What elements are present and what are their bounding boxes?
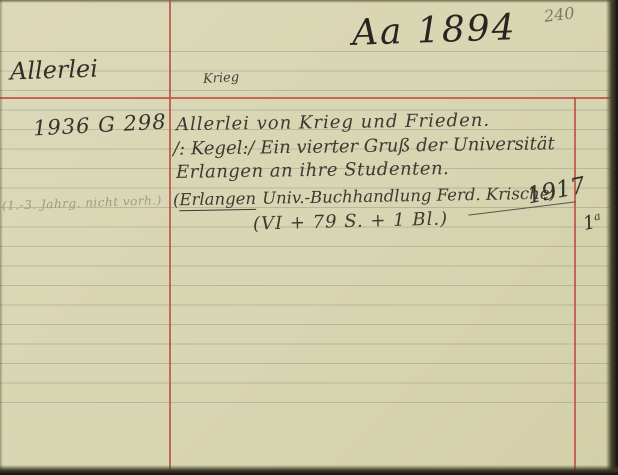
catchword-heading: Allerlei [10,54,99,85]
classmark-heading: Aa 1894 [351,7,517,54]
subject-note: Krieg [203,70,240,87]
imprint-place: Erlangen [179,189,256,211]
red-vertical-rule-right [574,97,576,475]
scan-edge-bottom [0,465,618,475]
scan-edge-top [0,0,618,3]
page-number-pencil: 240 [543,3,576,26]
scan-edge-right [606,0,618,475]
scan-edge-left [0,0,3,475]
entry-title-line-3: Erlangen an ihre Studenten. [176,158,450,183]
catalog-card-scan: Aa 1894 240 Allerlei Krieg 1936 G 298 (1… [0,0,618,475]
red-vertical-rule-left [169,0,171,475]
red-horizontal-rule [0,97,613,99]
entry-title-line-1: Allerlei von Krieg und Frieden. [176,110,490,135]
